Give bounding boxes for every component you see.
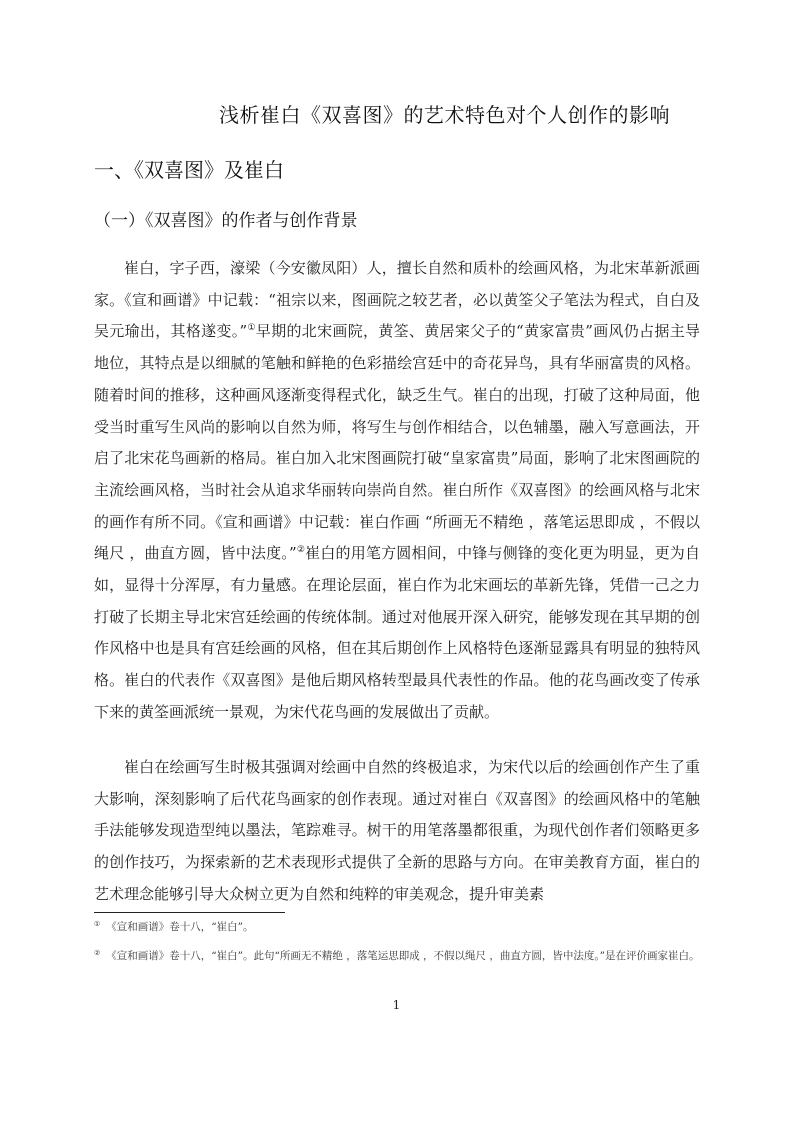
footnote-divider	[94, 912, 285, 913]
paragraph-1: 崔白，字子西，濠梁（今安徽凤阳）人，擅长自然和质朴的绘画风格，为北宋革新派画家。…	[94, 253, 700, 729]
document-title: 浅析崔白《双喜图》的艺术特色对个人创作的影响	[0, 101, 793, 129]
paragraph-1-part-c: 崔白的用笔方圆相间，中锋与侧锋的变化更为明显，更为自如，显得十分浑厚，有力量感。…	[94, 544, 700, 721]
footnote-ref-2[interactable]: ②	[297, 545, 305, 555]
paragraph-1-part-b: 早期的北宋画院，黄筌、黄居宷父子的“黄家富贵”画风仍占据主导地位，其特点是以细腻…	[94, 322, 700, 562]
footnote-2: ②《宣和画谱》卷十八，“崔白”。此句“所画无不精绝 ，落笔运思即成 ，不假以绳尺…	[94, 948, 700, 965]
document-page: 浅析崔白《双喜图》的艺术特色对个人创作的影响 一、《双喜图》及崔白 （一）《双喜…	[0, 0, 793, 1122]
footnote-mark-2: ②	[94, 949, 100, 957]
footnote-mark-1: ①	[94, 920, 100, 928]
footnote-1: ①《宣和画谱》卷十八，“崔白”。	[94, 919, 700, 936]
paragraph-2: 崔白在绘画写生时极其强调对绘画中自然的终极追求，为宋代以后的绘画创作产生了重大影…	[94, 752, 700, 911]
footnote-ref-1[interactable]: ①	[247, 323, 256, 333]
subsection-heading: （一）《双喜图》的作者与创作背景	[94, 208, 358, 234]
footnote-text-2: 《宣和画谱》卷十八，“崔白”。此句“所画无不精绝 ，落笔运思即成 ，不假以绳尺 …	[106, 950, 699, 962]
section-heading: 一、《双喜图》及崔白	[94, 156, 284, 184]
page-number: 1	[0, 998, 793, 1012]
footnote-text-1: 《宣和画谱》卷十八，“崔白”。	[106, 921, 253, 933]
